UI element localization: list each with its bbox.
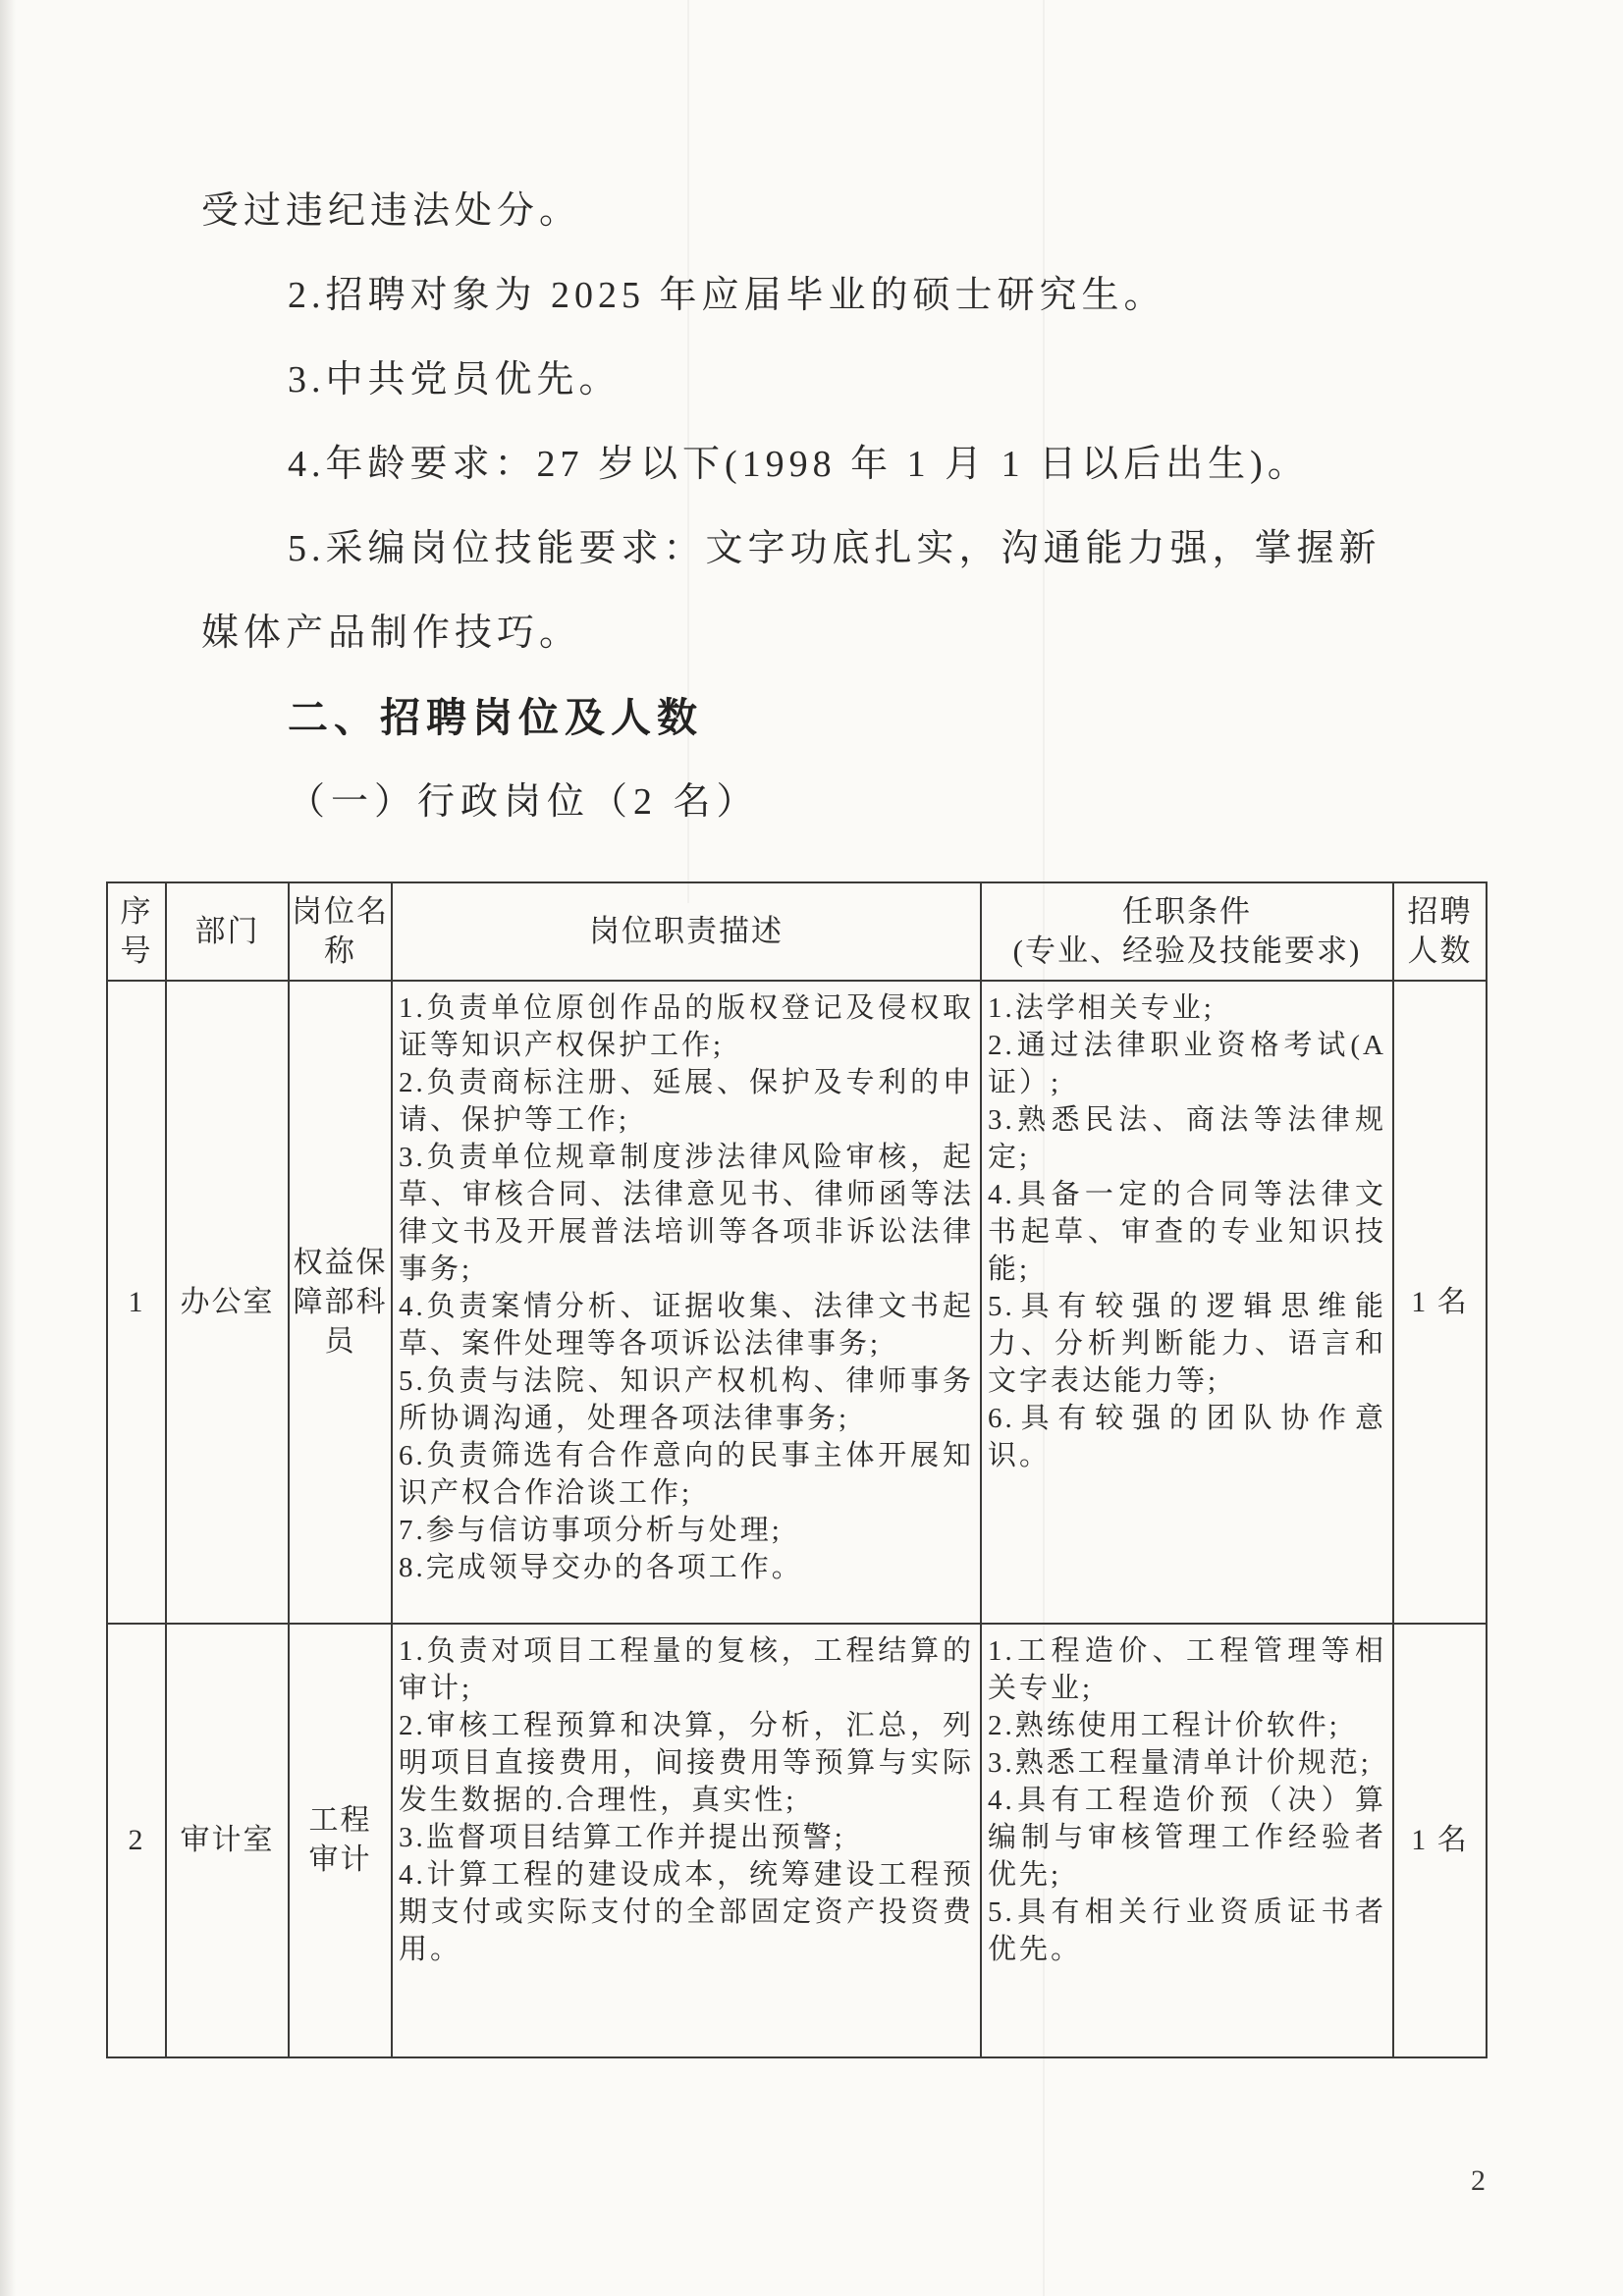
cell-headcount: 1 名 (1393, 1624, 1487, 2057)
list-item-3: 3.中共党员优先。 (201, 338, 1384, 422)
cell-department: 办公室 (166, 981, 289, 1624)
text-line: 8.完成领导交办的各项工作。 (399, 1549, 974, 1586)
text-line: 6.具有较强的团队协作意识。 (988, 1400, 1386, 1474)
text-line: 4.具备一定的合同等法律文书起草、审查的专业知识技能; (988, 1176, 1386, 1288)
text-line: 5.负责与法院、知识产权机构、律师事务所协调沟通，处理各项法律事务; (399, 1362, 974, 1437)
cell-headcount: 1 名 (1393, 981, 1487, 1624)
paragraph-continuation: 受过违纪违法处分。 (201, 169, 1384, 253)
text-line: 5.具有较强的逻辑思维能力、分析判断能力、语言和文字表达能力等; (988, 1288, 1386, 1400)
header-requirements-title: 任职条件 (984, 892, 1390, 932)
list-item-4: 4.年龄要求：27 岁以下(1998 年 1 月 1 日以后出生)。 (201, 422, 1384, 507)
text-line: 1.工程造价、工程管理等相关专业; (988, 1632, 1386, 1707)
text-line: 3.负责单位规章制度涉法律风险审核，起草、审核合同、法律意见书、律师函等法律文书… (399, 1139, 974, 1288)
positions-table: 序号 部门 岗位名称 岗位职责描述 任职条件 (专业、经验及技能要求) 招聘人数… (106, 881, 1488, 2058)
list-item-5: 5.采编岗位技能要求：文字功底扎实，沟通能力强，掌握新媒体产品制作技巧。 (201, 507, 1384, 675)
text-line: 1.负责对项目工程量的复核，工程结算的审计; (399, 1632, 974, 1707)
table-row: 1 办公室 权益保障部科员 1.负责单位原创作品的版权登记及侵权取证等知识产权保… (107, 981, 1487, 1624)
text-line: 4.计算工程的建设成本，统筹建设工程预期支付或实际支付的全部固定资产投资费用。 (399, 1856, 974, 1968)
text-line: 3.监督项目结算工作并提出预警; (399, 1819, 974, 1856)
text-line: 1.负责单位原创作品的版权登记及侵权取证等知识产权保护工作; (399, 989, 974, 1064)
text-line: 4.具有工程造价预（决）算编制与审核管理工作经验者优先; (988, 1782, 1386, 1894)
cell-department: 审计室 (166, 1624, 289, 2057)
text-line: 2.审核工程预算和决算，分析，汇总，列明项目直接费用，间接费用等预算与实际发生数… (399, 1707, 974, 1819)
text-line: 2.通过法律职业资格考试(A证）; (988, 1027, 1386, 1101)
header-seq-no: 序号 (107, 882, 166, 981)
header-headcount: 招聘人数 (1393, 882, 1487, 981)
table-row: 2 审计室 工程 审计 1.负责对项目工程量的复核，工程结算的审计;2.审核工程… (107, 1624, 1487, 2057)
cell-position-name: 权益保障部科员 (289, 981, 392, 1624)
text-line: 5.具有相关行业资质证书者优先。 (988, 1894, 1386, 1968)
cell-duties: 1.负责对项目工程量的复核，工程结算的审计;2.审核工程预算和决算，分析，汇总，… (392, 1624, 981, 2057)
page-number: 2 (1471, 2164, 1487, 2198)
list-item-2: 2.招聘对象为 2025 年应届毕业的硕士研究生。 (201, 253, 1384, 338)
text-line: 4.负责案情分析、证据收集、法律文书起草、案件处理等各项诉讼法律事务; (399, 1288, 974, 1362)
document-page: 受过违纪违法处分。 2.招聘对象为 2025 年应届毕业的硕士研究生。 3.中共… (0, 0, 1623, 2296)
text-line: 2.负责商标注册、延展、保护及专利的申请、保护等工作; (399, 1064, 974, 1139)
table-header-row: 序号 部门 岗位名称 岗位职责描述 任职条件 (专业、经验及技能要求) 招聘人数 (107, 882, 1487, 981)
document-body: 受过违纪违法处分。 2.招聘对象为 2025 年应届毕业的硕士研究生。 3.中共… (201, 169, 1384, 844)
cell-seq-no: 2 (107, 1624, 166, 2057)
header-requirements: 任职条件 (专业、经验及技能要求) (981, 882, 1393, 981)
header-requirements-subtitle: (专业、经验及技能要求) (984, 932, 1390, 971)
text-line: 2.熟练使用工程计价软件; (988, 1707, 1386, 1744)
cell-seq-no: 1 (107, 981, 166, 1624)
text-line: 7.参与信访事项分析与处理; (399, 1512, 974, 1549)
header-duties: 岗位职责描述 (392, 882, 981, 981)
cell-requirements: 1.工程造价、工程管理等相关专业;2.熟练使用工程计价软件;3.熟悉工程量清单计… (981, 1624, 1393, 2057)
text-line: 6.负责筛选有合作意向的民事主体开展知识产权合作洽谈工作; (399, 1437, 974, 1512)
text-line: 1.法学相关专业; (988, 989, 1386, 1027)
text-line: 3.熟悉民法、商法等法律规定; (988, 1101, 1386, 1176)
header-department: 部门 (166, 882, 289, 981)
cell-duties: 1.负责单位原创作品的版权登记及侵权取证等知识产权保护工作;2.负责商标注册、延… (392, 981, 981, 1624)
cell-position-name: 工程 审计 (289, 1624, 392, 2057)
cell-requirements: 1.法学相关专业;2.通过法律职业资格考试(A证）;3.熟悉民法、商法等法律规定… (981, 981, 1393, 1624)
text-line: 3.熟悉工程量清单计价规范; (988, 1744, 1386, 1782)
section-subheading: （一）行政岗位（2 名） (201, 760, 1384, 844)
header-position-name: 岗位名称 (289, 882, 392, 981)
section-heading: 二、招聘岗位及人数 (201, 675, 1384, 760)
